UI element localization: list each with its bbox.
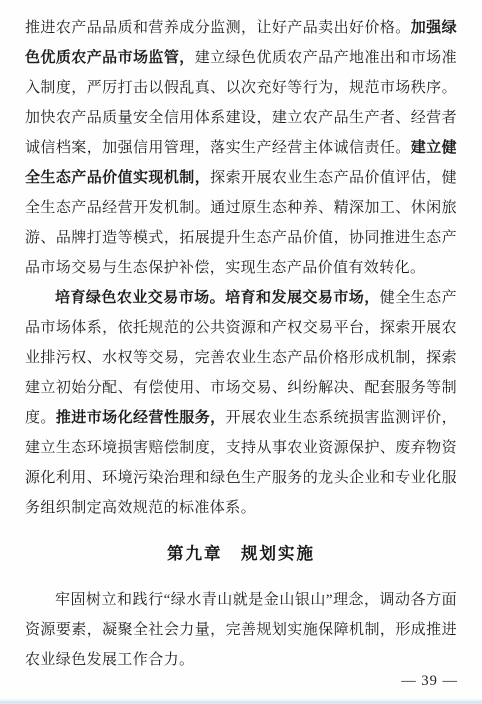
document-page: 推进农产品品质和营养成分监测，让好产品卖出好价格。加强绿色优质农产品市场监管，建… [0, 0, 482, 704]
paragraph-bold-text: 培育绿色农业交易市场。培育和发展交易市场， [55, 290, 380, 306]
paragraph-text: 推进农产品品质和营养成分监测，让好产品卖出好价格。 [25, 20, 411, 36]
paragraph-market-supervision: 推进农产品品质和营养成分监测，让好产品卖出好价格。加强绿色优质农产品市场监管，建… [25, 13, 457, 283]
paragraph-text: 牢固树立和践行“绿水青山就是金山银山”理念，调动各方面资源要素，凝聚全社会力量，… [25, 592, 457, 668]
paragraph-implementation: 牢固树立和践行“绿水青山就是金山银山”理念，调动各方面资源要素，凝聚全社会力量，… [25, 585, 457, 675]
paragraph-bold-text: 推进市场化经营性服务， [56, 410, 226, 426]
page-number: — 39 — [401, 673, 458, 690]
paragraph-text: 健全生态产品市场体系，依托规范的公共资源和产权交易平台，探索开展农业排污权、水权… [25, 290, 457, 426]
paragraph-trade-market: 培育绿色农业交易市场。培育和发展交易市场，健全生态产品市场体系，依托规范的公共资… [25, 283, 457, 523]
page-content: 推进农产品品质和营养成分监测，让好产品卖出好价格。加强绿色优质农产品市场监管，建… [25, 13, 457, 675]
chapter-heading: 第九章 规划实施 [25, 539, 457, 569]
page-bottom-edge [0, 698, 482, 704]
